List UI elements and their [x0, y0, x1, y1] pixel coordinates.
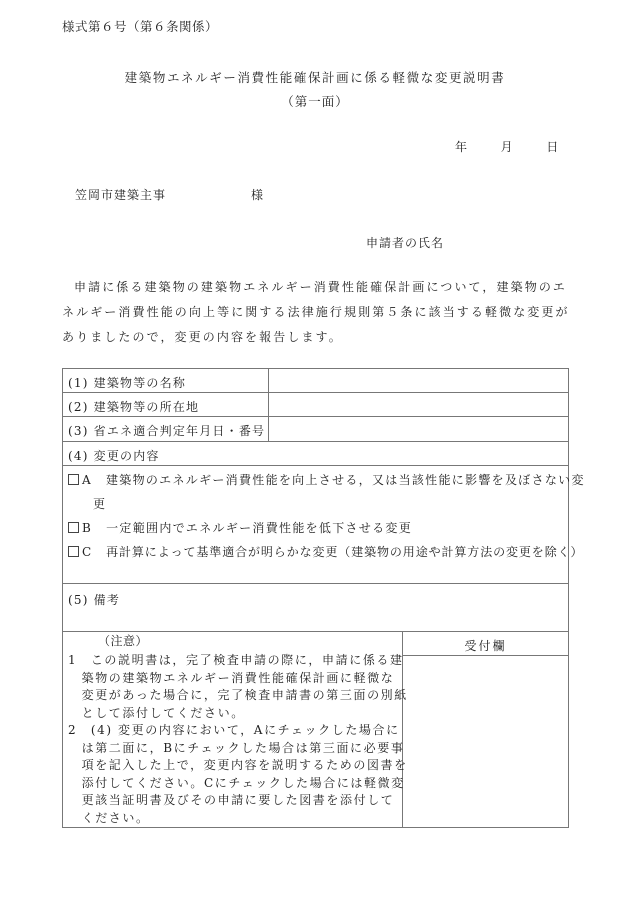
note-line: 更該当証明書及びその申請に要した図書を添付して	[68, 792, 408, 810]
form-number-label: 様式第６号（第６条関係）	[62, 17, 218, 35]
option-a[interactable]: A建築物のエネルギー消費性能を向上させる，又は当該性能に影響を及ぼさない変	[68, 471, 585, 488]
note-line: として添付してください。	[68, 705, 408, 723]
option-a-code: A	[82, 473, 92, 487]
reception-label: 受付欄	[402, 637, 569, 654]
applicant-name-input[interactable]	[440, 230, 572, 250]
notes-heading: （注意）	[98, 633, 148, 651]
note-line: 2 (4) 変更の内容において，Aにチェックした場合に	[68, 722, 408, 740]
intro-paragraph: 申請に係る建築物の建築物エネルギー消費性能確保計画について，建築物のエネルギー消…	[62, 275, 570, 350]
remarks-input[interactable]	[66, 607, 568, 631]
note-line: は第二面に，Bにチェックした場合は第三面に必要事	[68, 740, 408, 758]
divider	[268, 368, 269, 441]
divider	[62, 631, 569, 632]
year-label: 年	[455, 138, 467, 155]
option-b-text: 一定範囲内でエネルギー消費性能を低下させる変更	[106, 521, 412, 535]
judgment-date-number-label: (3) 省エネ適合判定年月日・番号	[68, 422, 265, 439]
building-location-input[interactable]	[272, 395, 568, 415]
note-line: ください。	[68, 810, 408, 828]
change-content-label: (4) 変更の内容	[68, 447, 160, 464]
building-name-label: (1) 建築物等の名称	[68, 374, 186, 391]
note-line: 変更があった場合に，完了検査申請書の第三面の別紙	[68, 687, 408, 705]
divider	[62, 583, 569, 584]
option-a-text-cont: 更	[93, 495, 106, 512]
checkbox-c[interactable]	[68, 546, 79, 557]
note-line: 築物の建築物エネルギー消費性能確保計画に軽微な	[68, 670, 408, 688]
option-c-code: C	[82, 545, 92, 559]
option-b-code: B	[82, 521, 92, 535]
note-line: 1 この説明書は，完了検査申請の際に，申請に係る建	[68, 652, 408, 670]
building-location-label: (2) 建築物等の所在地	[68, 398, 199, 415]
note-line: 項を記入した上で，変更内容を説明するための図書を	[68, 757, 408, 775]
divider	[402, 655, 569, 656]
notes-body: 1 この説明書は，完了検査申請の際に，申請に係る建 築物の建築物エネルギー消費性…	[68, 652, 408, 827]
option-c[interactable]: C再計算によって基準適合が明らかな変更（建築物の用途や計算方法の変更を除く）	[68, 543, 583, 560]
document-subtitle: （第一面）	[0, 92, 630, 110]
option-c-text: 再計算によって基準適合が明らかな変更（建築物の用途や計算方法の変更を除く）	[106, 545, 583, 559]
day-label: 日	[546, 138, 558, 155]
divider	[62, 441, 569, 442]
divider	[62, 416, 569, 417]
divider	[62, 465, 569, 466]
note-line: 添付してください。Cにチェックした場合には軽微変	[68, 775, 408, 793]
judgment-date-number-input[interactable]	[272, 420, 568, 440]
checkbox-a[interactable]	[68, 474, 79, 485]
addressee-name: 笠岡市建築主事	[75, 186, 166, 203]
checkbox-b[interactable]	[68, 522, 79, 533]
month-label: 月	[501, 138, 513, 155]
date-line: 年 月 日	[455, 138, 558, 155]
remarks-label: (5) 備考	[68, 591, 120, 608]
option-a-text: 建築物のエネルギー消費性能を向上させる，又は当該性能に影響を及ぼさない変	[106, 473, 585, 487]
document-title: 建築物エネルギー消費性能確保計画に係る軽微な変更説明書	[0, 68, 630, 86]
addressee-honorific: 様	[251, 186, 263, 203]
applicant-name-label: 申請者の氏名	[366, 234, 444, 251]
option-b[interactable]: B一定範囲内でエネルギー消費性能を低下させる変更	[68, 519, 412, 536]
divider	[62, 392, 569, 393]
building-name-input[interactable]	[272, 371, 568, 391]
